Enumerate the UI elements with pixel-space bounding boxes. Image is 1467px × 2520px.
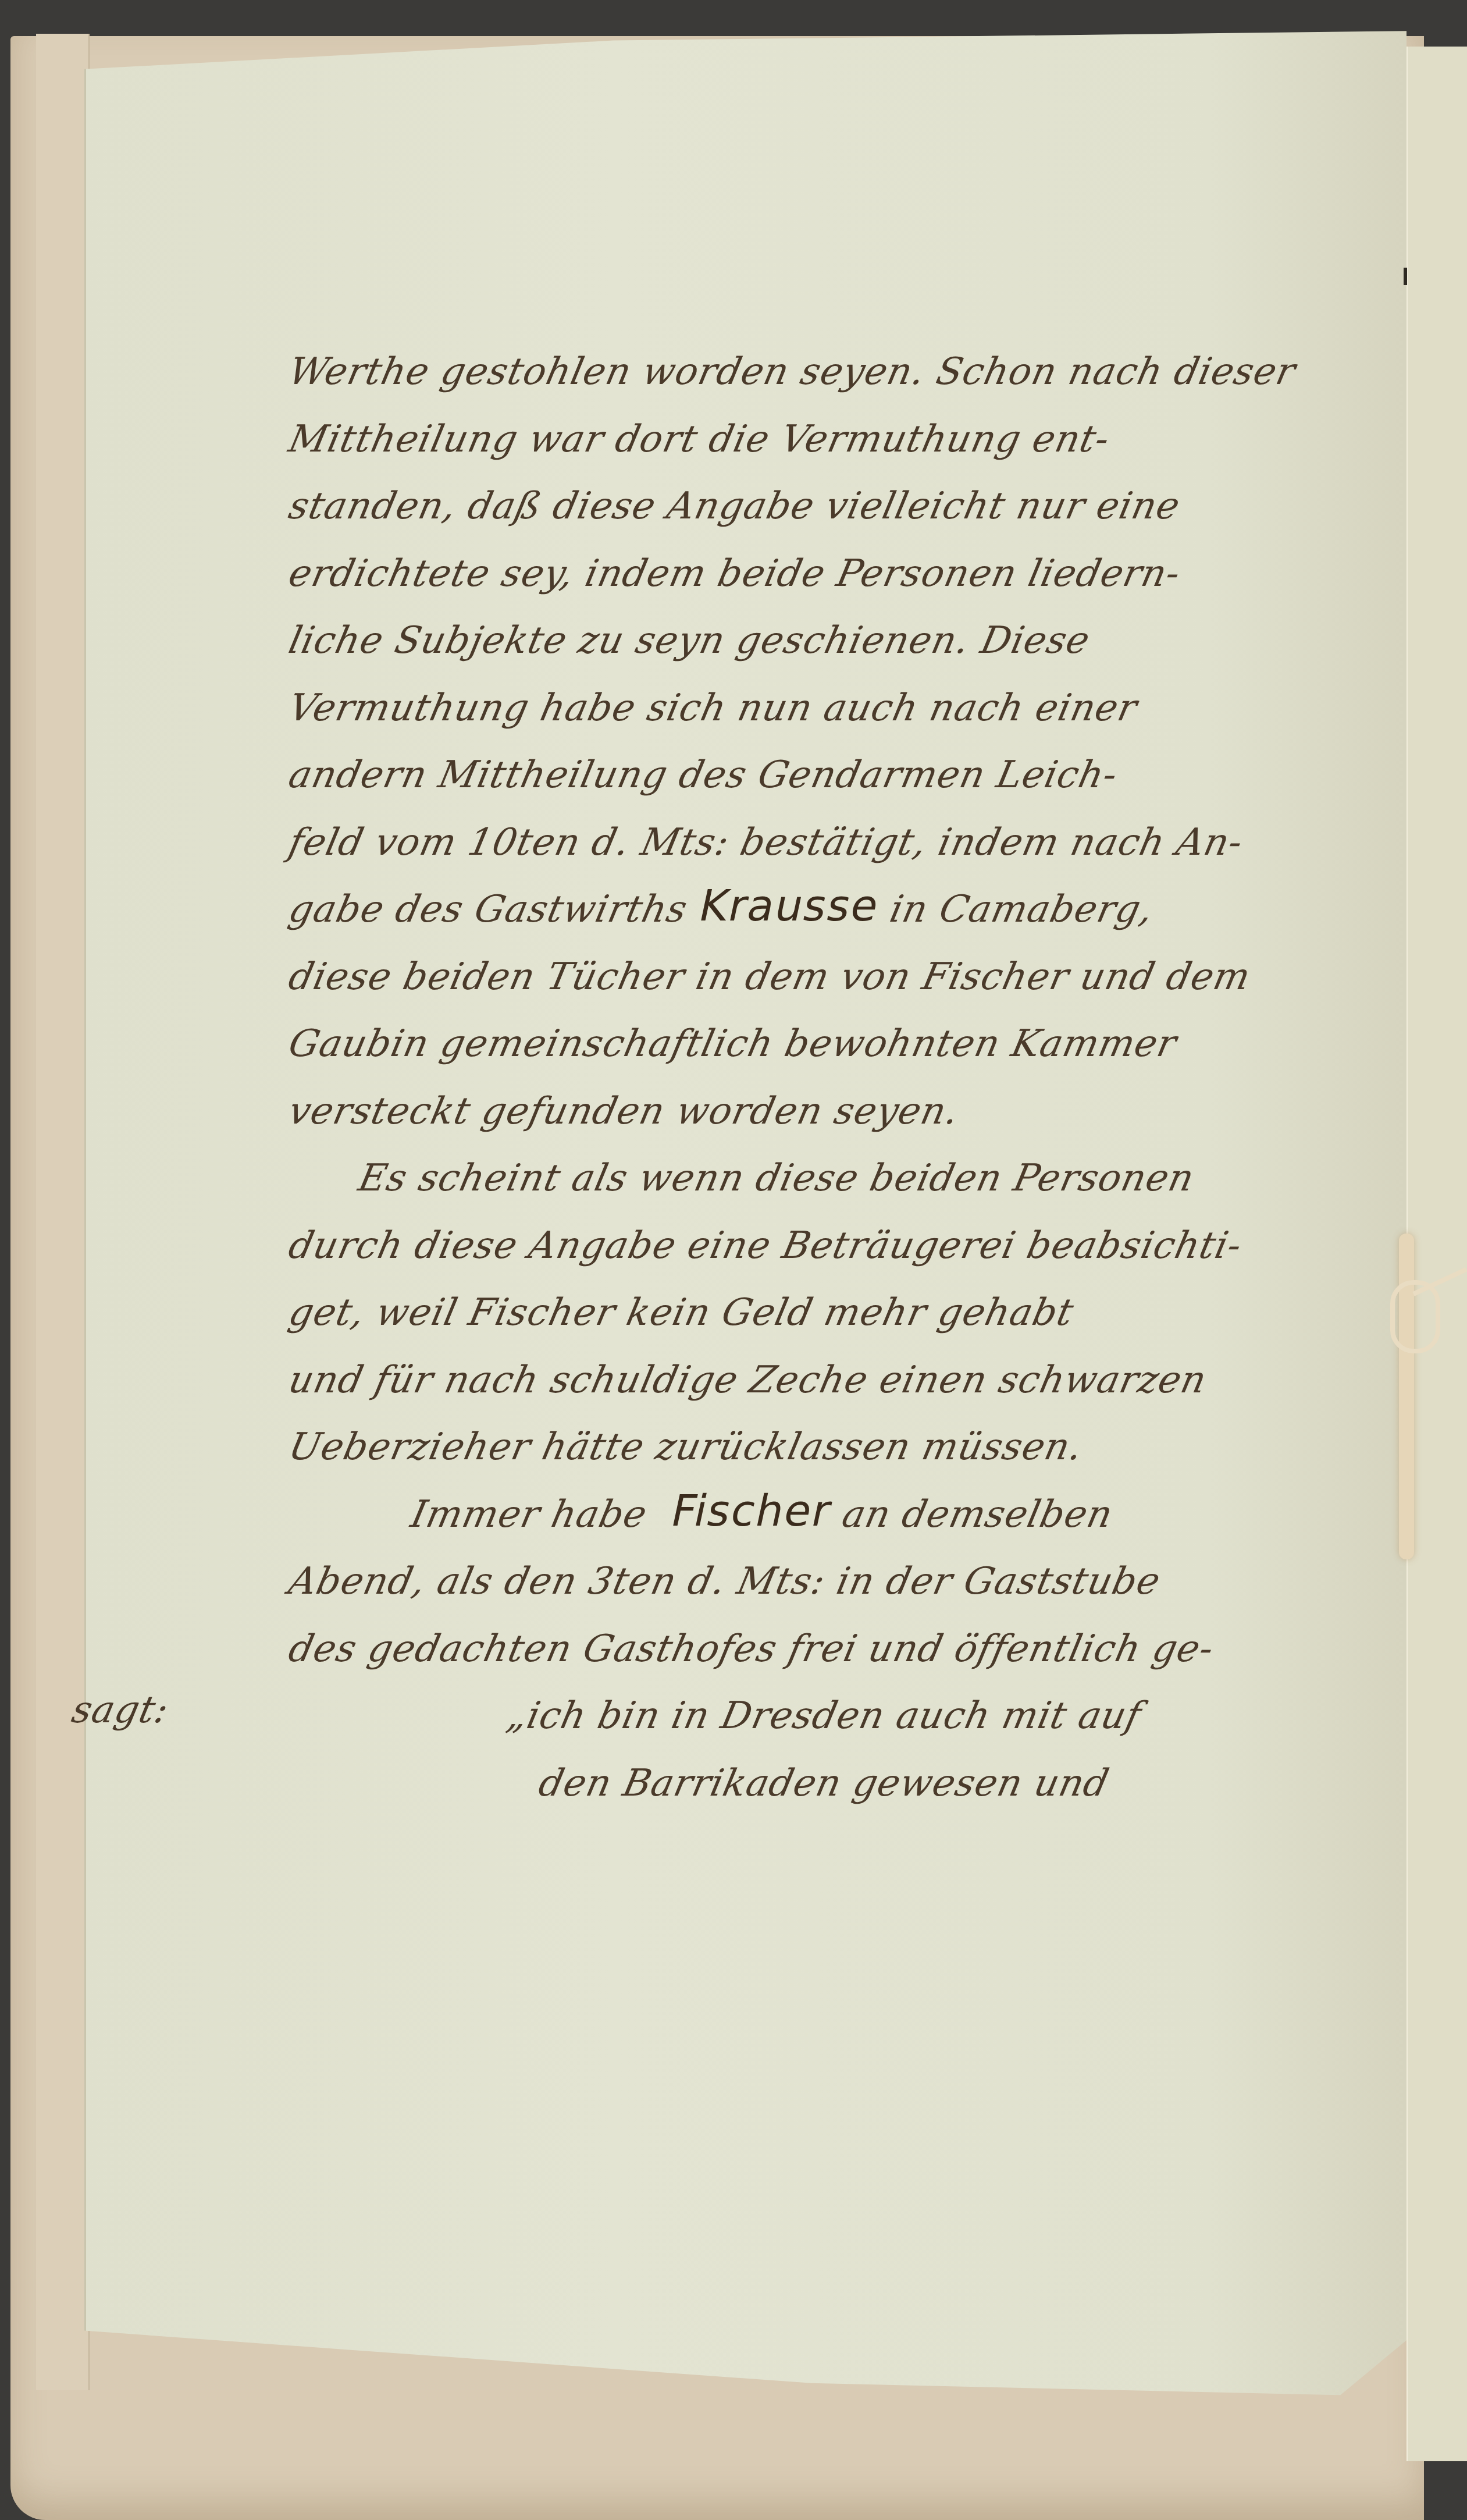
text-line: Werthe gestohlen worden seyen. Schon nac…: [285, 326, 1422, 393]
text-line: sagt: „ich bin in Dresden auch mit auf: [285, 1670, 1422, 1737]
text-line: Gaubin gemeinschaftlich bewohnten Kammer: [285, 998, 1422, 1065]
quoted-speech: „ich bin in Dresden auch mit auf: [503, 1694, 1145, 1737]
text-line: erdichtete sey, indem beide Personen lie…: [285, 528, 1422, 595]
margin-word: sagt:: [68, 1689, 173, 1732]
text-line: liche Subjekte zu seyn geschienen. Diese: [285, 595, 1422, 662]
text-line: Vermuthung habe sich nun auch nach einer: [285, 662, 1422, 730]
text-segment: an demselben: [839, 1492, 1117, 1536]
text-line: den Barrikaden gewesen und: [285, 1737, 1422, 1805]
text-line: gabe des Gastwirths Krausse in Camaberg,: [285, 863, 1422, 931]
manuscript-text: Werthe gestohlen worden seyen. Schon nac…: [285, 326, 1408, 1804]
name-krausse: Krausse: [695, 881, 884, 931]
text-segment: in Camaberg,: [886, 888, 1157, 931]
text-line: Es scheint als wenn diese beiden Persone…: [285, 1132, 1422, 1200]
text-line: und für nach schuldige Zeche einen schwa…: [285, 1334, 1422, 1402]
text-line: Abend, als den 3ten d. Mts: in der Gasts…: [285, 1536, 1422, 1603]
text-segment: gabe des Gastwirths: [285, 888, 692, 931]
text-line: standen, daß diese Angabe vielleicht nur…: [285, 460, 1422, 528]
text-segment: Immer habe: [407, 1492, 651, 1536]
text-line: durch diese Angabe eine Beträugerei beab…: [285, 1200, 1422, 1267]
text-line: andern Mittheilung des Gendarmen Leich-: [285, 729, 1422, 797]
text-line: feld vom 10ten d. Mts: bestätigt, indem …: [285, 797, 1422, 864]
text-line: des gedachten Gasthofes frei und öffentl…: [285, 1603, 1422, 1670]
text-line: Mittheilung war dort die Vermuthung ent-: [285, 393, 1422, 461]
name-fischer: Fischer: [667, 1485, 836, 1536]
text-line: Immer habe Fischer an demselben: [285, 1469, 1422, 1536]
text-line: diese beiden Tücher in dem von Fischer u…: [285, 931, 1422, 998]
text-line: get, weil Fischer kein Geld mehr gehabt: [285, 1267, 1422, 1334]
ink-mark: [1404, 268, 1407, 285]
text-line: Ueberzieher hätte zurücklassen müssen.: [285, 1401, 1422, 1469]
cover-spine-strip: [36, 34, 90, 2390]
text-line: versteckt gefunden worden seyen.: [285, 1065, 1422, 1133]
